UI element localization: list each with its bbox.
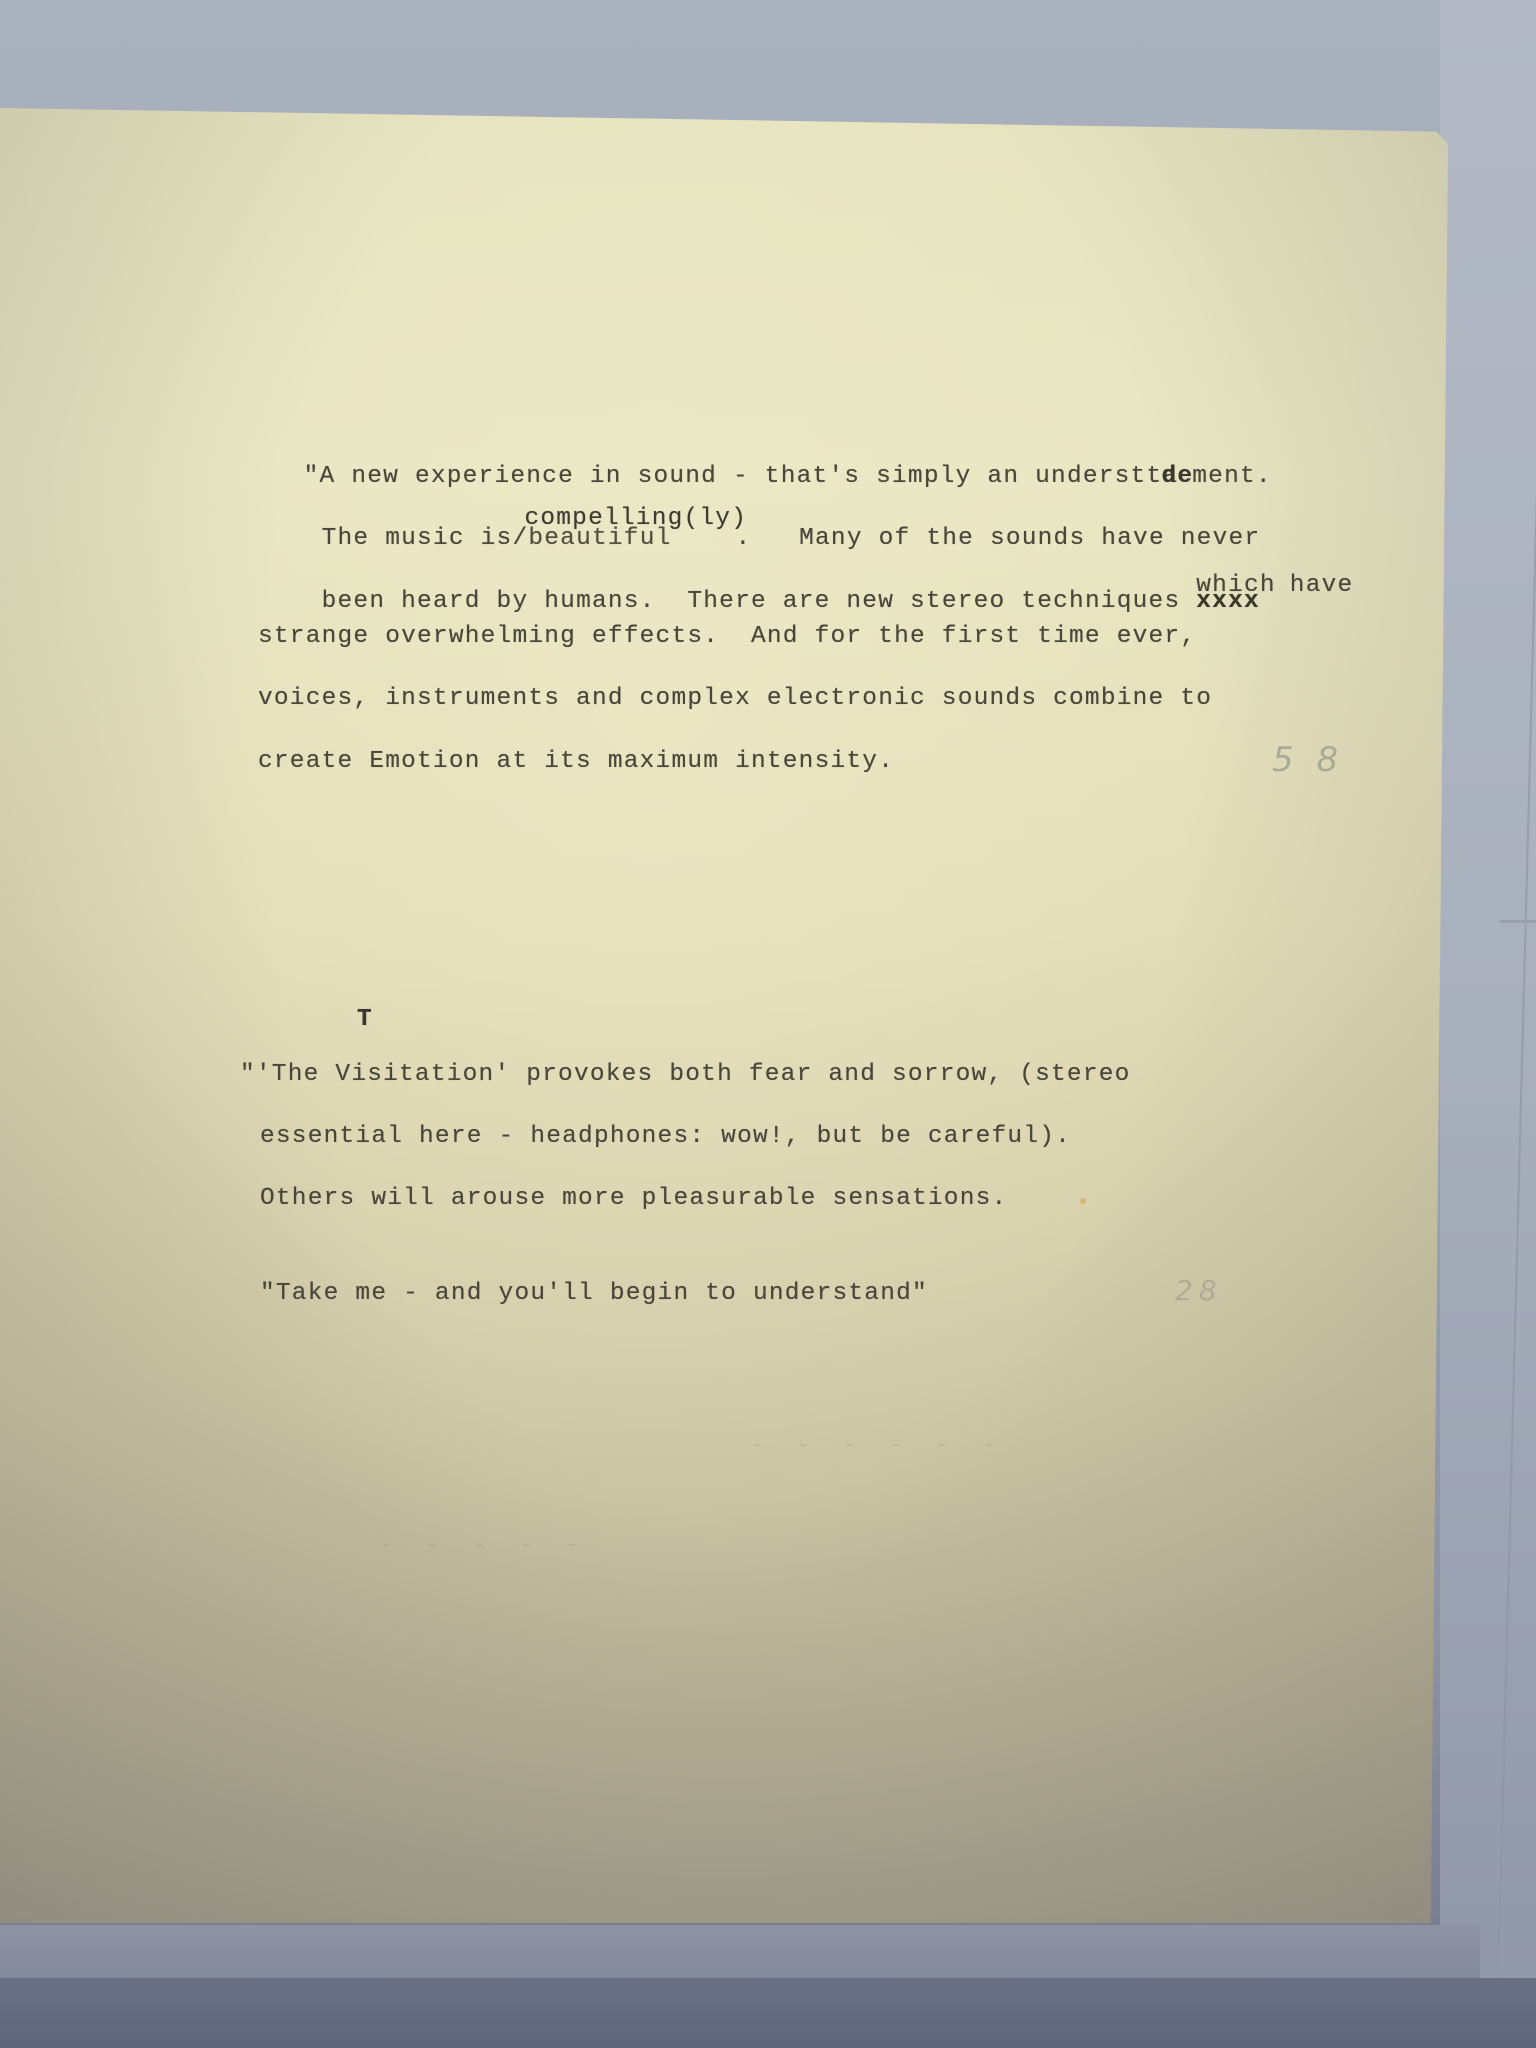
section-mark: T [357,1006,373,1033]
document-page: "A new experience in sound - that's simp… [0,108,1448,1923]
paragraph2-line1: "'The Visitation' provokes both fear and… [240,1061,1131,1088]
bleed-through-text-b: - - - - - - [750,1433,1005,1458]
table-shadow [0,1978,1536,2048]
handwritten-margin-note-1: 5 8 [1272,740,1344,780]
inserted-word-which: which [1196,572,1276,599]
paragraph1-line5: voices, instruments and complex electron… [258,685,1212,712]
correction-which: xxxxwhich [1196,588,1260,615]
handwritten-margin-note-2: 28 [1175,1274,1223,1307]
paragraph1-line2-lead: The music is [322,525,513,552]
paper-speck [1080,1198,1086,1204]
paragraph1-line1-text: "A new experience in sound - that's simp… [304,463,1147,490]
closing-quote: "Take me - and you'll begin to understan… [260,1280,928,1307]
lighting-vignette [0,108,1448,1923]
paragraph1-line3-tail: have [1274,572,1354,599]
background-sheet-notch [1500,920,1536,923]
overtyped-correction: tade [1146,463,1178,490]
paragraph2-line2: essential here - headphones: wow!, but b… [260,1123,1071,1150]
paragraph1-line4: strange overwhelming effects. And for th… [258,623,1196,650]
paragraph1-line3-text: been heard by humans. There are new ster… [322,588,1197,615]
lower-sheet [0,1925,1480,1980]
overtype-b: de [1161,463,1193,490]
paragraph2-line3: Others will arouse more pleasurable sens… [260,1185,1007,1212]
paragraph1-line2-tail: . Many of the sounds have never [672,525,1261,552]
correction-beautiful-to-compelling: /beautifulcompelling(ly) [512,525,671,552]
inserted-word-compelling: compelling(ly) [524,505,747,532]
paragraph1-line6: create Emotion at its maximum intensity. [258,748,894,775]
bleed-through-text-a: - - - - - [380,1533,589,1558]
